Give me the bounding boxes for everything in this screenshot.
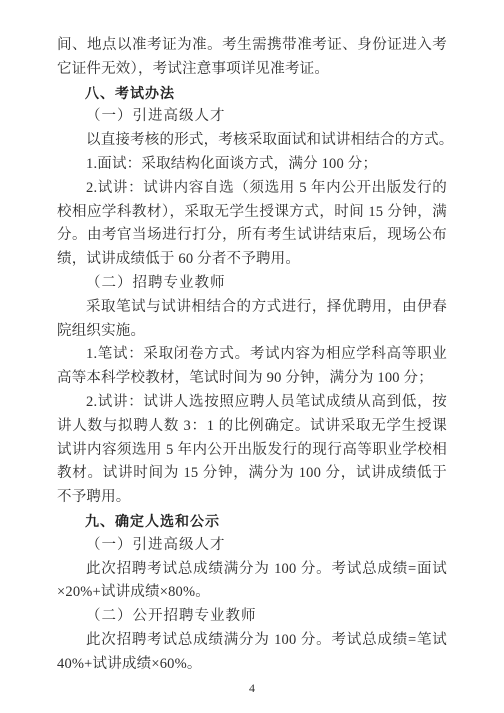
text-line: 分。由考官当场进行打分，所有考生试讲结束后，现场公布试讲成 <box>57 224 447 248</box>
text-line: 高等本科学校教材，笔试时间为 90 分钟，满分为 100 分； <box>57 367 447 391</box>
text-line: 此次招聘考试总成绩满分为 100 分。考试总成绩=笔试成绩× <box>57 629 447 653</box>
text-line: 采取笔试与试讲相结合的方式进行，择优聘用，由伊春职业学 <box>57 296 447 320</box>
text-line: 2.试讲：试讲人选按照应聘人员笔试成绩从高到低，按进入试 <box>57 391 447 415</box>
text-line: 绩，试讲成绩低于 60 分者不予聘用。 <box>57 248 447 272</box>
text-line: 讲人数与拟聘人数 3：1 的比例确定。试讲采取无学生授课方式， <box>57 415 447 439</box>
text-line: 九、确定人选和公示 <box>57 510 447 534</box>
text-line: 此次招聘考试总成绩满分为 100 分。考试总成绩=面试总成绩 <box>57 558 447 582</box>
text-line: 不予聘用。 <box>57 486 447 510</box>
text-line: 院组织实施。 <box>57 320 447 344</box>
text-line: （二）公开招聘专业教师 <box>57 605 447 629</box>
text-line: 间、地点以准考证为准。考生需携带准考证、身份证进入考场（其 <box>57 34 447 58</box>
document-body: 间、地点以准考证为准。考生需携带准考证、身份证进入考场（其它证件无效），考试注意… <box>57 34 447 677</box>
text-line: （一）引进高级人才 <box>57 534 447 558</box>
page-number: 4 <box>0 681 504 696</box>
text-line: 1.面试：采取结构化面谈方式，满分 100 分； <box>57 153 447 177</box>
text-line: 它证件无效），考试注意事项详见准考证。 <box>57 58 447 82</box>
document-page: 间、地点以准考证为准。考生需携带准考证、身份证进入考场（其它证件无效），考试注意… <box>0 0 504 713</box>
text-line: 八、考试办法 <box>57 82 447 106</box>
text-line: （一）引进高级人才 <box>57 105 447 129</box>
text-line: 1.笔试：采取闭卷方式。考试内容为相应学科高等职业学校和 <box>57 343 447 367</box>
text-line: （二）招聘专业教师 <box>57 272 447 296</box>
text-line: 校相应学科教材），采取无学生授课方式，时间 15 分钟，满分 100 <box>57 201 447 225</box>
text-line: 2.试讲：试讲内容自选（须选用 5 年内公开出版发行的高职院 <box>57 177 447 201</box>
text-line: 试讲内容须选用 5 年内公开出版发行的现行高等职业学校相应学科 <box>57 439 447 463</box>
text-line: 以直接考核的形式，考核采取面试和试讲相结合的方式。 <box>57 129 447 153</box>
text-line: 40%+试讲成绩×60%。 <box>57 653 447 677</box>
text-line: ×20%+试讲成绩×80%。 <box>57 581 447 605</box>
text-line: 教材。试讲时间为 15 分钟，满分为 100 分，试讲成绩低于 60 分者 <box>57 462 447 486</box>
